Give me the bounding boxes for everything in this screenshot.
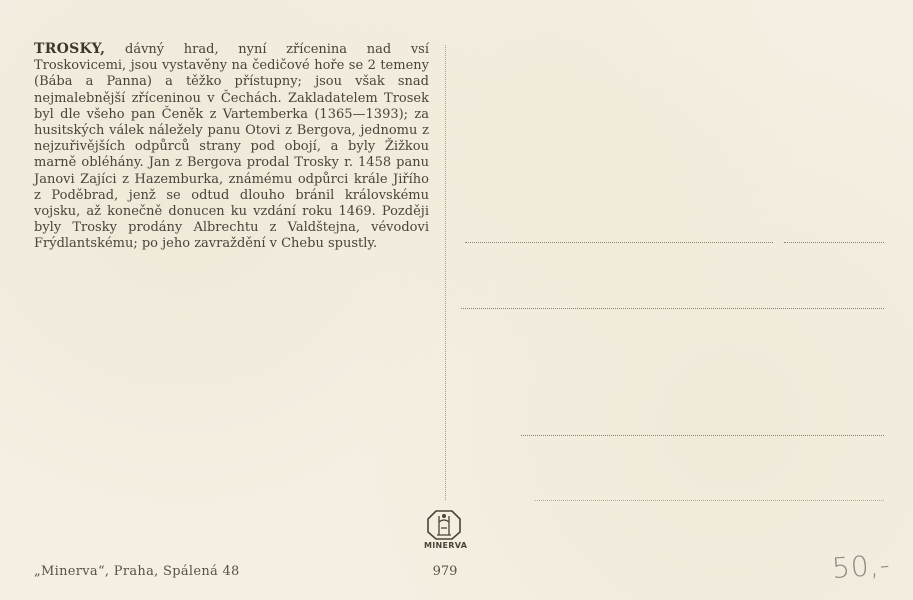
address-line-1 — [465, 242, 773, 243]
postcard-back: TROSKY, dávný hrad, nyní zřícenina nad v… — [0, 0, 913, 600]
description-title: TROSKY, — [34, 41, 105, 57]
address-line-3 — [521, 435, 884, 436]
address-line-1b — [784, 242, 884, 243]
castle-description: TROSKY, dávný hrad, nyní zřícenina nad v… — [34, 41, 429, 253]
minerva-logo: MINERVA — [424, 510, 464, 550]
minerva-emblem-icon — [427, 510, 461, 540]
center-divider — [445, 45, 446, 500]
pencil-price-note: 50,- — [831, 548, 892, 585]
address-line-4 — [535, 500, 884, 501]
description-body: dávný hrad, nyní zřícenina nad vsí Trosk… — [34, 42, 429, 251]
address-line-2 — [461, 308, 884, 309]
publisher-imprint: „Minerva“, Praha, Spálená 48 — [34, 564, 240, 579]
logo-label: MINERVA — [424, 541, 464, 550]
card-number: 979 — [430, 564, 460, 579]
